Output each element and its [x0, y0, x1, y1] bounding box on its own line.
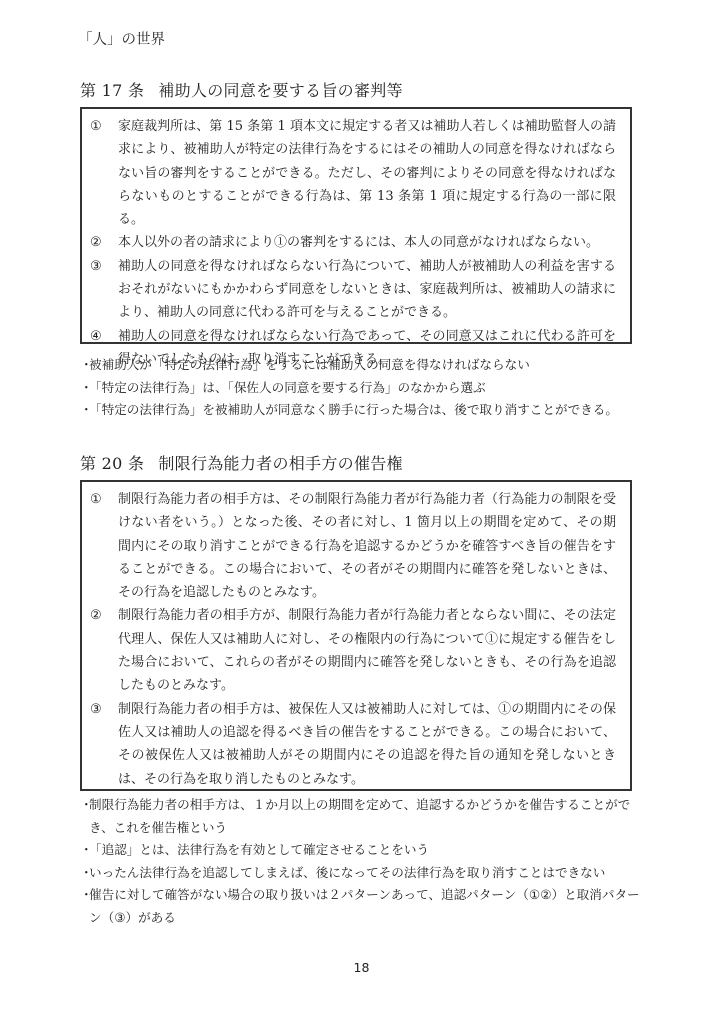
page-header: 「人」の世界 — [78, 28, 165, 49]
note-text: 「追認」とは、法律行為を有効として確定させることをいう — [89, 839, 640, 862]
statute-box-article-20: ① 制限行為能力者の相手方は、その制限行為能力者が行為能力者（行為能力の制限を受… — [80, 480, 632, 791]
article-number: 第 20 条 — [80, 454, 144, 473]
clause-number: ① — [90, 488, 118, 511]
clause-text: 制限行為能力者の相手方が、制限行為能力者が行為能力者とならない間に、その法定代理… — [118, 604, 616, 697]
bullet-icon: ・ — [80, 354, 89, 377]
note-text: 「特定の法律行為」は、「保佐人の同意を要する行為」のなかから選ぶ — [89, 377, 640, 400]
note-text: 「特定の法律行為」を被補助人が同意なく勝手に行った場合は、後で取り消すことができ… — [89, 399, 640, 422]
note-text: 制限行為能力者の相手方は、１か月以上の期間を定めて、追認するかどうかを催告するこ… — [89, 794, 640, 839]
note-item: ・ 催告に対して確答がない場合の取り扱いは２パターンあって、追認パターン（①②）… — [80, 884, 640, 929]
note-item: ・ 「特定の法律行為」は、「保佐人の同意を要する行為」のなかから選ぶ — [80, 377, 640, 400]
bullet-icon: ・ — [80, 862, 89, 885]
article-20-title: 第 20 条制限行為能力者の相手方の催告権 — [80, 451, 403, 474]
clause-number: ③ — [90, 698, 118, 721]
clause: ② 制限行為能力者の相手方が、制限行為能力者が行為能力者とならない間に、その法定… — [90, 604, 616, 697]
note-text: いったん法律行為を追認してしまえば、後になってその法律行為を取り消すことはできな… — [89, 862, 640, 885]
clause-number: ① — [90, 115, 118, 138]
article-heading: 制限行為能力者の相手方の催告権 — [158, 454, 403, 473]
clause-number: ④ — [90, 325, 118, 348]
notes-article-17: ・ 被補助人が「特定の法律行為」をするには補助人の同意を得なければならない ・ … — [80, 354, 640, 422]
bullet-icon: ・ — [80, 399, 89, 422]
clause-text: 本人以外の者の請求により①の審判をするには、本人の同意がなければならない。 — [118, 231, 616, 254]
article-heading: 補助人の同意を要する旨の審判等 — [158, 81, 403, 100]
clause-number: ② — [90, 604, 118, 627]
bullet-icon: ・ — [80, 839, 89, 862]
note-item: ・ 被補助人が「特定の法律行為」をするには補助人の同意を得なければならない — [80, 354, 640, 377]
bullet-icon: ・ — [80, 884, 89, 929]
bullet-icon: ・ — [80, 794, 89, 839]
clause-number: ③ — [90, 255, 118, 278]
clause: ① 家庭裁判所は、第 15 条第 1 項本文に規定する者又は補助人若しくは補助監… — [90, 115, 616, 231]
note-item: ・ 制限行為能力者の相手方は、１か月以上の期間を定めて、追認するかどうかを催告す… — [80, 794, 640, 839]
article-17-title: 第 17 条補助人の同意を要する旨の審判等 — [80, 78, 403, 101]
note-item: ・ 「特定の法律行為」を被補助人が同意なく勝手に行った場合は、後で取り消すことが… — [80, 399, 640, 422]
note-item: ・ 「追認」とは、法律行為を有効として確定させることをいう — [80, 839, 640, 862]
statute-box-article-17: ① 家庭裁判所は、第 15 条第 1 項本文に規定する者又は補助人若しくは補助監… — [80, 107, 632, 344]
clause-text: 補助人の同意を得なければならない行為について、補助人が被補助人の利益を害するおそ… — [118, 255, 616, 325]
clause-text: 家庭裁判所は、第 15 条第 1 項本文に規定する者又は補助人若しくは補助監督人… — [118, 115, 616, 231]
clause: ③ 補助人の同意を得なければならない行為について、補助人が被補助人の利益を害する… — [90, 255, 616, 325]
page-number: 18 — [0, 960, 723, 975]
article-number: 第 17 条 — [80, 81, 144, 100]
clause: ② 本人以外の者の請求により①の審判をするには、本人の同意がなければならない。 — [90, 231, 616, 254]
bullet-icon: ・ — [80, 377, 89, 400]
clause-text: 制限行為能力者の相手方は、被保佐人又は被補助人に対しては、①の期間内にその保佐人… — [118, 698, 616, 791]
clause-text: 制限行為能力者の相手方は、その制限行為能力者が行為能力者（行為能力の制限を受けな… — [118, 488, 616, 604]
clause: ① 制限行為能力者の相手方は、その制限行為能力者が行為能力者（行為能力の制限を受… — [90, 488, 616, 604]
note-text: 催告に対して確答がない場合の取り扱いは２パターンあって、追認パターン（①②）と取… — [89, 884, 640, 929]
note-item: ・ いったん法律行為を追認してしまえば、後になってその法律行為を取り消すことはで… — [80, 862, 640, 885]
note-text: 被補助人が「特定の法律行為」をするには補助人の同意を得なければならない — [89, 354, 640, 377]
notes-article-20: ・ 制限行為能力者の相手方は、１か月以上の期間を定めて、追認するかどうかを催告す… — [80, 794, 640, 930]
clause: ③ 制限行為能力者の相手方は、被保佐人又は被補助人に対しては、①の期間内にその保… — [90, 698, 616, 791]
clause-number: ② — [90, 231, 118, 254]
